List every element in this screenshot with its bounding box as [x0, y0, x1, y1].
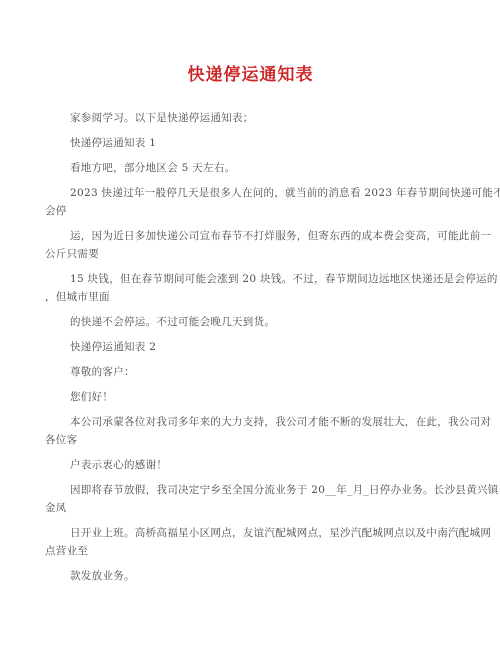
text-line: 快递停运通知表 1: [45, 134, 456, 152]
document-page: 快递停运通知表 家参阅学习。以下是快递停运通知表；快递停运通知表 1看地方吧，部…: [0, 0, 500, 647]
text-line: 户表示衷心的感谢！: [45, 456, 456, 474]
paragraph: 家参阅学习。以下是快递停运通知表；: [45, 109, 456, 127]
document-body: 家参阅学习。以下是快递停运通知表；快递停运通知表 1看地方吧，部分地区会 5 天…: [45, 109, 456, 585]
text-line: 您们好！: [45, 388, 456, 406]
text-line: 15 块钱，但在春节期间可能会涨到 20 块钱。不过，春节期间边远地区快递还是会…: [45, 270, 456, 288]
paragraph: 的快递不会停运。不过可能会晚几天到货。: [45, 313, 456, 331]
text-line: 点营业至: [45, 542, 456, 560]
paragraph: 本公司承蒙各位对我司多年来的大力支持，我公司才能不断的发展壮大，在此，我公司对各…: [45, 413, 456, 449]
paragraph: 快递停运通知表 1: [45, 134, 456, 152]
paragraph: 15 块钱，但在春节期间可能会涨到 20 块钱。不过，春节期间边远地区快递还是会…: [45, 270, 456, 306]
text-line: 日开业上班。高桥高福星小区网点，友谊汽配城网点，星沙汽配城网点以及中南汽配城网: [45, 524, 456, 542]
paragraph: 您们好！: [45, 388, 456, 406]
text-line: 家参阅学习。以下是快递停运通知表；: [45, 109, 456, 127]
text-line: 会停: [45, 202, 456, 220]
paragraph: 2023 快递过年一般停几天是很多人在问的，就当前的消息看 2023 年春节期间…: [45, 184, 456, 220]
text-line: 各位客: [45, 431, 456, 449]
text-line: 金凤: [45, 499, 456, 517]
paragraph: 日开业上班。高桥高福星小区网点，友谊汽配城网点，星沙汽配城网点以及中南汽配城网点…: [45, 524, 456, 560]
paragraph: 看地方吧，部分地区会 5 天左右。: [45, 159, 456, 177]
text-line: 快递停运通知表 2: [45, 338, 456, 356]
text-line: 2023 快递过年一般停几天是很多人在问的，就当前的消息看 2023 年春节期间…: [45, 184, 456, 202]
page-title: 快递停运通知表: [45, 60, 456, 85]
text-line: ，但城市里面: [45, 288, 456, 306]
paragraph: 尊敬的客户：: [45, 363, 456, 381]
text-line: 款发放业务。: [45, 567, 456, 585]
paragraph: 户表示衷心的感谢！: [45, 456, 456, 474]
paragraph: 快递停运通知表 2: [45, 338, 456, 356]
text-line: 运，因为近日多加快递公司宣布春节不打烊服务，但寄东西的成本费会变高，可能此前一: [45, 227, 456, 245]
text-line: 尊敬的客户：: [45, 363, 456, 381]
text-line: 的快递不会停运。不过可能会晚几天到货。: [45, 313, 456, 331]
text-line: 本公司承蒙各位对我司多年来的大力支持，我公司才能不断的发展壮大，在此，我公司对: [45, 413, 456, 431]
text-line: 因即将春节放假，我司决定宁乡至全国分流业务于 20__年_月_日停办业务。长沙县…: [45, 481, 456, 499]
text-line: 看地方吧，部分地区会 5 天左右。: [45, 159, 456, 177]
paragraph: 款发放业务。: [45, 567, 456, 585]
text-line: 公斤只需要: [45, 245, 456, 263]
paragraph: 因即将春节放假，我司决定宁乡至全国分流业务于 20__年_月_日停办业务。长沙县…: [45, 481, 456, 517]
paragraph: 运，因为近日多加快递公司宣布春节不打烊服务，但寄东西的成本费会变高，可能此前一公…: [45, 227, 456, 263]
